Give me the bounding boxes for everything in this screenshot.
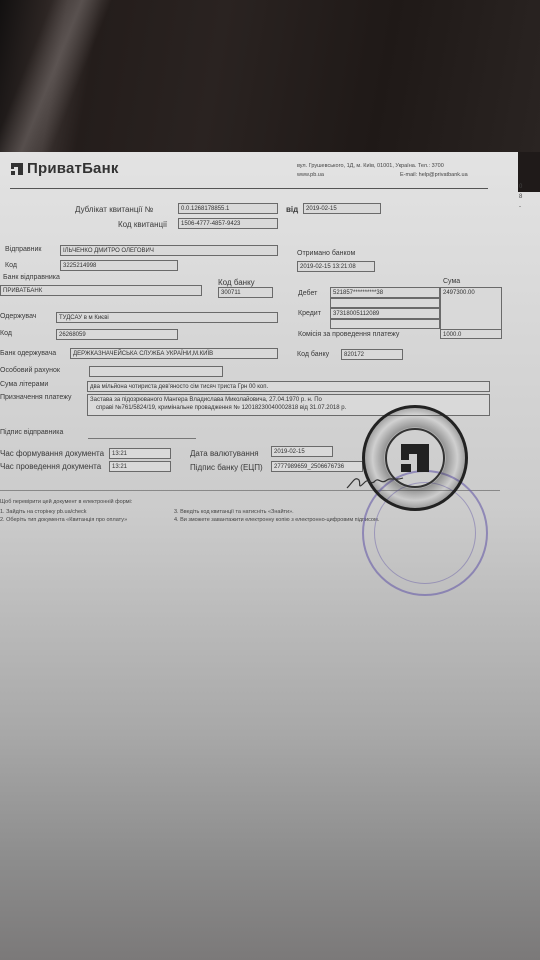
date-from-label: від [286, 205, 298, 214]
margin-mark: 8 [519, 194, 522, 200]
sender-label: Відправник [5, 246, 41, 253]
sum-words-field: два мільйона чотириста дев'яносто сім ти… [87, 381, 490, 392]
privatbank-logo: ПриватБанк [10, 160, 119, 177]
instruction-step-1: 1. Зайдіть на сторінку pb.ua/check [0, 509, 87, 515]
bank-address: вул. Грушевського, 1Д, м. Київ, 01001, У… [297, 163, 444, 169]
recipient-bank-label: Банк одержувача [0, 350, 56, 357]
sender-code-label: Код [5, 262, 17, 269]
sum-field: 2497300.00 [440, 287, 502, 330]
recipient-bank-code-field: 820172 [341, 349, 403, 360]
sender-bank-code-field: 300711 [218, 287, 273, 298]
header-divider [10, 188, 488, 189]
desk-reflection [0, 0, 112, 160]
received-datetime-field: 2019-02-15 13:21:08 [297, 261, 375, 272]
purpose-line-1: Застава за підозрюваного Мангера Владисл… [90, 396, 487, 404]
handwritten-signature [345, 472, 405, 492]
margin-mark: - [519, 204, 521, 210]
recipient-label: Одержувач [0, 313, 36, 320]
bank-email: E-mail: help@privatbank.ua [400, 172, 468, 178]
privatbank-logo-icon [10, 162, 24, 176]
receipt-code-label: Код квитанції [118, 220, 167, 229]
sender-signature-line [88, 438, 196, 439]
instruction-step-2: 2. Оберіть тип документа «Квитанція про … [0, 517, 127, 523]
received-label: Отримано банком [297, 250, 355, 257]
recipient-code-label: Код [0, 330, 12, 337]
personal-account-label: Особовий рахунок [0, 367, 60, 374]
black-seal-stamp [362, 405, 468, 511]
credit-account-field: 37318005112089 [330, 308, 440, 319]
sender-signature-label: Підпис відправника [0, 429, 63, 436]
debit-account-field: 521857**********38 [330, 287, 440, 298]
bank-name: ПриватБанк [27, 160, 119, 177]
processed-time-label: Час проведення документа [0, 462, 101, 471]
fee-field: 1000.0 [440, 329, 502, 339]
value-date-field: 2019-02-15 [271, 446, 333, 457]
bank-signature-label: Підпис банку (ЕЦП) [190, 463, 263, 472]
instruction-step-4: 4. Ви зможете завантажити електронну коп… [174, 517, 379, 523]
instruction-step-3: 3. Введіть код квитанції та натисніть «З… [174, 509, 294, 515]
sender-bank-code-label: Код банку [218, 278, 255, 287]
bank-signature-field: 2777989659_2506676736 [271, 461, 363, 472]
sum-words-label: Сума літерами [0, 381, 48, 388]
duplicate-number-field: 0.0.1268178855.1 [178, 203, 278, 214]
sender-code-field: 3225214998 [60, 260, 178, 271]
formed-time-label: Час формування документа [0, 449, 104, 458]
sender-bank-label: Банк відправника [3, 274, 60, 281]
desk-background [0, 0, 540, 160]
personal-account-field [89, 366, 223, 377]
fee-label: Комісія за проведення платежу [298, 331, 399, 338]
sender-bank-field: ПРИВАТБАНК [0, 285, 202, 296]
formed-time-field: 13:21 [109, 448, 171, 459]
credit-label: Кредит [298, 310, 321, 317]
receipt-date-field: 2019-02-15 [303, 203, 381, 214]
recipient-field: ТУДСАУ в м Києві [56, 312, 278, 323]
credit-account-extra [330, 319, 440, 329]
bank-website: www.pb.ua [297, 172, 324, 178]
sender-field: ІЛЬЧЕНКО ДМИТРО ОЛЕГОВИЧ [60, 245, 278, 256]
processed-time-field: 13:21 [109, 461, 171, 472]
duplicate-label: Дублікат квитанції № [75, 205, 153, 214]
debit-label: Дебет [298, 290, 317, 297]
privatbank-seal-icon [399, 442, 431, 474]
purpose-label: Призначення платежу [0, 394, 71, 401]
instructions-title: Щоб перевірити цей документ в електронні… [0, 499, 132, 505]
margin-mark: 0 [519, 184, 522, 190]
receipt-code-field: 1506-4777-4857-9423 [178, 218, 278, 229]
sum-label: Сума [443, 278, 460, 285]
debit-account-extra [330, 298, 440, 308]
value-date-label: Дата валютування [190, 449, 259, 458]
recipient-bank-code-label: Код банку [297, 351, 329, 358]
recipient-code-field: 26268059 [56, 329, 178, 340]
recipient-bank-field: ДЕРЖКАЗНАЧЕЙСЬКА СЛУЖБА УКРАЇНИ,М.КИЇВ [70, 348, 278, 359]
